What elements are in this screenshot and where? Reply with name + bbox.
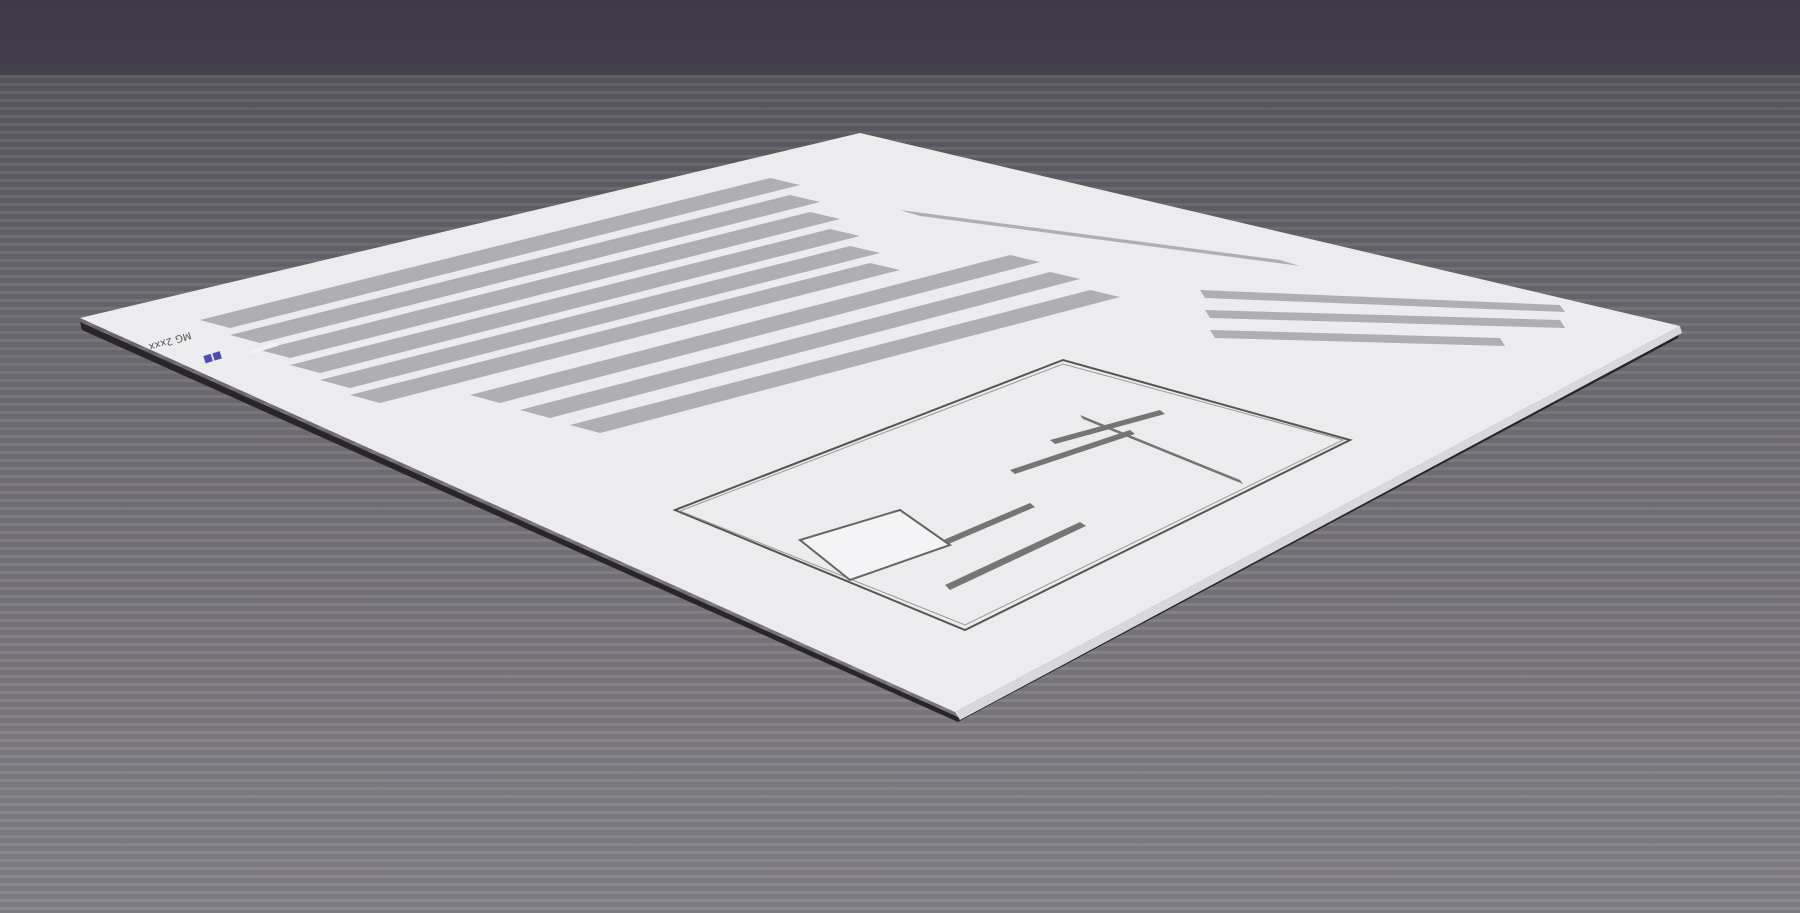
record-sleeve xyxy=(0,0,1800,913)
sleeve-face xyxy=(80,133,1680,712)
